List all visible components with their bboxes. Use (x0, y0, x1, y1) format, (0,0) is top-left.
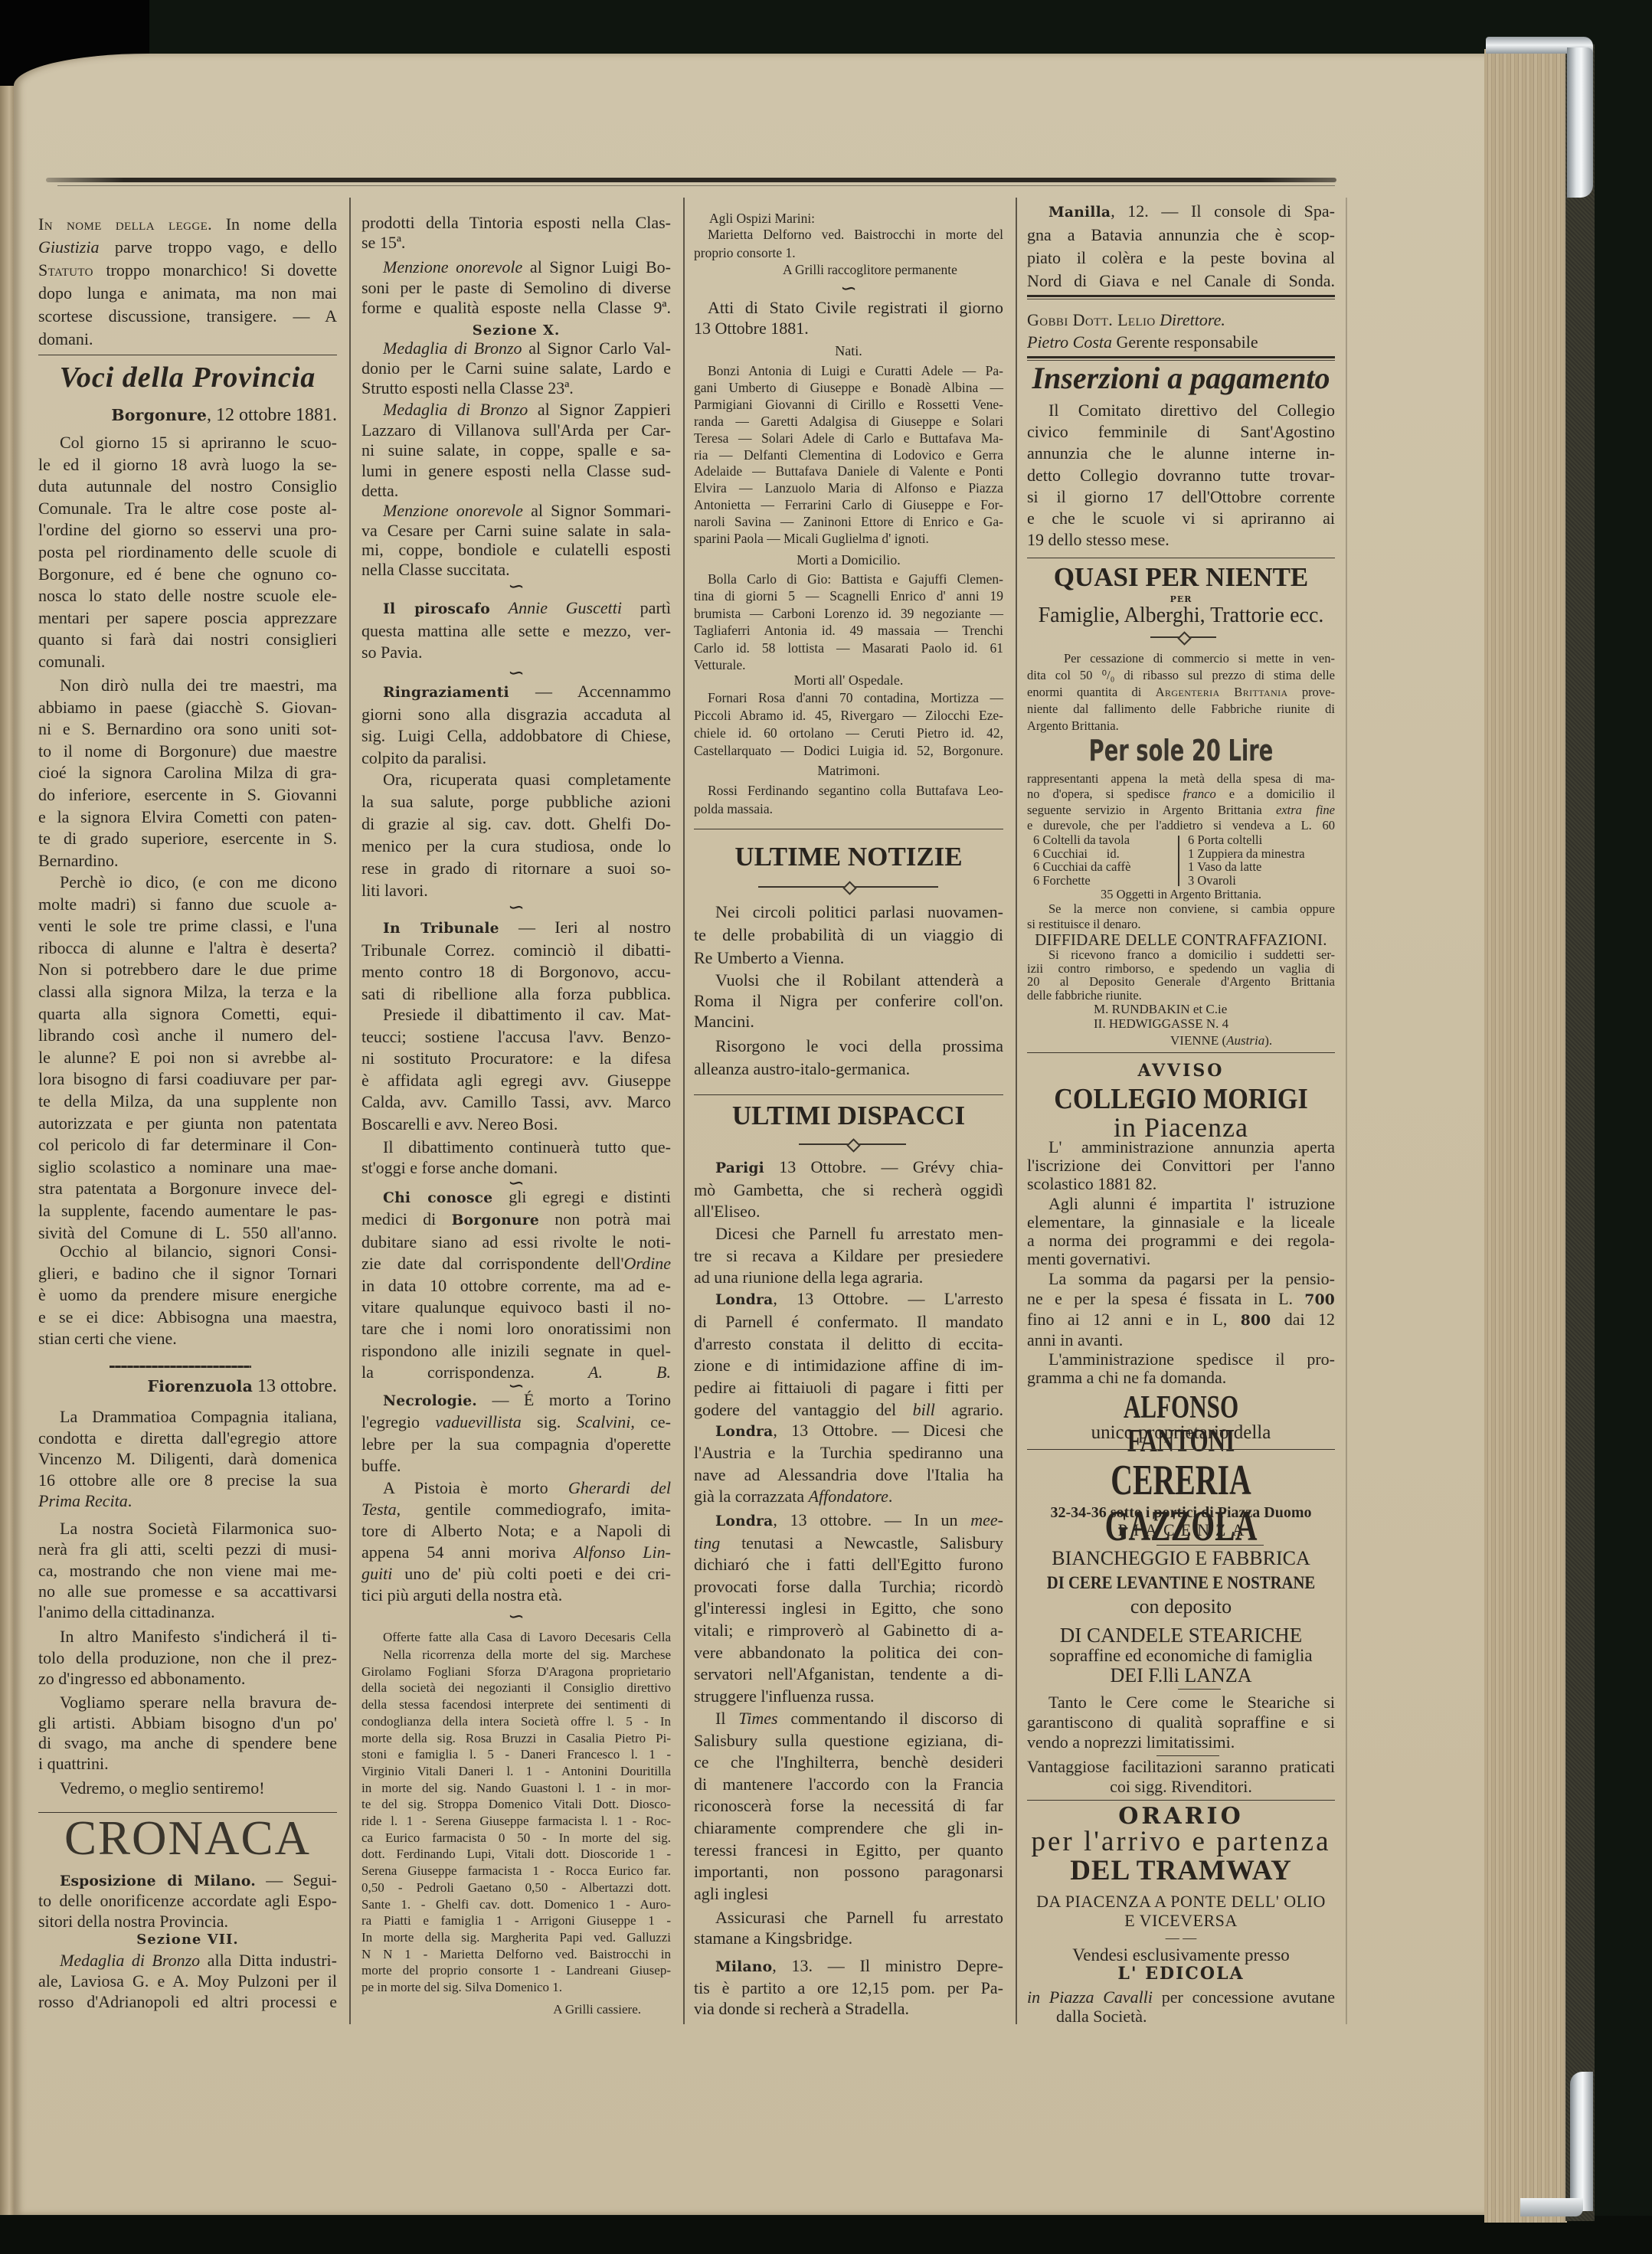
text-line: Presiede il dibattimento il cav. Mat- (361, 1004, 671, 1026)
text-line: Teresa — Solari Adele di Carlo e Buttafa… (694, 430, 1003, 447)
text-line: L' amministrazione annunzia aperta (1027, 1138, 1335, 1156)
text-line: Castellarquato — Dodici Luigia id. 52, B… (694, 742, 1003, 760)
article-chi-conosce: Chi conosce gli egregi e distintimedici … (361, 1186, 671, 1384)
text-line: gani Umberto di Giuseppe e Bonadè Albina… (694, 380, 1003, 397)
text-line: si il giorno 17 dell'Ottobre corrente (1027, 486, 1335, 508)
list-matrimoni: Rossi Ferdinando segantino colla Buttafa… (694, 781, 1003, 818)
text-line: Fornari Rosa d'anni 70 contadina, Mortiz… (694, 689, 1003, 707)
text-line: va Cesare per Carni suine salate in sala… (361, 521, 671, 541)
text-line: te di grado superiore, esercente in S. (38, 828, 337, 850)
text-line: Nella ricorrenza della morte del sig. Ma… (361, 1647, 671, 1664)
text-line: 6 Coltelli da tavola (1033, 833, 1179, 847)
text-line: polda massaia. (694, 800, 1003, 818)
text-line: Argento Brittania. (1027, 718, 1335, 734)
ad-tramway-vendor: L' EDICOLA (1027, 1964, 1335, 1984)
ad-cereria-resellers: Vantaggiose facilitazioni saranno pratic… (1027, 1757, 1335, 1777)
text-line: Non si potrebbero dare le due prime (38, 959, 337, 981)
text-line: N N 1 - Marietta Delforno ved. Baistrocc… (361, 1946, 671, 1963)
double-rule (1027, 295, 1335, 299)
text-line: guiti uno de' più colti poeti e dei cri- (361, 1563, 671, 1585)
text-line: Salisbury sulla questione egiziana, di- (694, 1730, 1003, 1752)
ad-tramway-separator: — — (1027, 1930, 1335, 1945)
text-line: Perchè io dico, (e con me dicono (38, 872, 337, 894)
text-line: forme e qualità esposte nella Classe 9ª. (361, 298, 671, 319)
text-line: Fiorenzuola 13 ottobre. (38, 1376, 337, 1397)
article-fiorenzuola-p1: La Drammatioa Compagnia italiana,condott… (38, 1406, 337, 1512)
dispatch-milano: Milano, 13. — Il ministro Depre-tis è pa… (694, 1955, 1003, 2019)
text-line: garantiscono di qualità sopraffine e si (1027, 1713, 1335, 1732)
article-borgonure-p2: Non dirò nulla dei tre maestri, maabbiam… (38, 675, 337, 872)
article-necrologie: Necrologie. — É morto a Torinol'egregio … (361, 1389, 671, 1477)
text-line: In morte della sig. Margherita Papi ved.… (361, 1929, 671, 1946)
text-line: 3 Ovaroli (1188, 874, 1335, 888)
ad-cereria-line-deposito: con deposito (1027, 1596, 1335, 1618)
section-rule (694, 1094, 1003, 1095)
text-line: struggere l'influenza russa. (694, 1686, 1003, 1708)
text-line: di grazie al sig. cav. dott. Ghelfi Do- (361, 813, 671, 835)
text-line: menico per la cura studiosa, onde lo (361, 835, 671, 857)
text-line: to il nome di Borgonure) due maestre (38, 741, 337, 763)
text-line: dopo lunga e animata, ma non mai (38, 282, 337, 305)
text-line: In Tribunale — Ieri al nostro (361, 917, 671, 940)
text-line: in data 10 ottobre corrente, ma ad e- (361, 1275, 671, 1297)
text-line: vitali; e rimproverò al Gabinetto di a- (694, 1620, 1003, 1642)
text-line: 6 Forchette (1033, 874, 1179, 888)
text-line: Parigi 13 Ottobre. — Grévy chia- (694, 1156, 1003, 1179)
text-line: Mancini. (694, 1011, 1003, 1032)
ad-tramway-line1: per l'arrivo e partenza (1027, 1828, 1335, 1856)
text-line: Col giorno 15 si apriranno le scuo- (38, 432, 337, 454)
text-line: Lazzaro di Villanova sull'Arda per Car- (361, 420, 671, 441)
text-line: Girolamo Fogliani Sforza D'Aragona propr… (361, 1664, 671, 1680)
text-line: Rossi Ferdinando segantino colla Buttafa… (694, 781, 1003, 800)
text-line: seguente servizio in Argento Brittania e… (1027, 803, 1335, 818)
text-line: della società dei negozianti il Consigli… (361, 1680, 671, 1696)
text-line: Esposizione di Milano. — Segui- (38, 1870, 337, 1891)
text-line: Manilla, 12. — Il console di Spa- (1027, 200, 1335, 224)
dispatch-assicurasi: Assicurasi che Parnell fu arrestatostama… (694, 1907, 1003, 1948)
text-line: d'arresto constata il delitto di eccita- (694, 1333, 1003, 1356)
item-list-left: 6 Coltelli da tavola6 Cucchiai id.6 Cucc… (1033, 833, 1179, 888)
text-line: già la corrazzata Affondatore. (694, 1486, 1003, 1507)
ad-separator-rule (1027, 1800, 1335, 1801)
text-line: siglio scolastico a nominare una mae- (38, 1156, 337, 1179)
text-line: stoni e famiglia l. 5 - Daneri Francesco… (361, 1746, 671, 1763)
article-ringraziamenti: Ringraziamenti — Accennammogiorni sono a… (361, 681, 671, 770)
item-list-divider (1178, 836, 1179, 886)
staff-manager: Pietro Costa Gerente responsabile (1027, 332, 1335, 353)
text-line: to delle onorificenze accordate agli Esp… (38, 1891, 337, 1911)
text-line: vendo a noprezzi limitatissimi. (1027, 1732, 1335, 1752)
text-line: riconoscerà forse la necessitá di far (694, 1795, 1003, 1817)
text-line: tre si recava a Kildare per presiedere (694, 1245, 1003, 1268)
text-line: 1 Zuppiera da minestra (1188, 847, 1335, 861)
text-line: provocati forse dalla Turchia; ricordò (694, 1576, 1003, 1598)
text-line: rappresentanti appena la metà della spes… (1027, 771, 1335, 787)
award-laviosa: Medaglia di Bronzo alla Ditta industri-a… (38, 1950, 337, 2012)
text-line: la sua salute, porge pubbliche azioni (361, 790, 671, 813)
text-line: La Drammatioa Compagnia italiana, (38, 1406, 337, 1428)
article-borgonure-p1: Col giorno 15 si apriranno le scuo-le ed… (38, 432, 337, 673)
text-line: Piccoli Abramo id. 45, Rivergaro — Ziloc… (694, 707, 1003, 725)
text-line: Londra, 13 Ottobre. — Dicesi che (694, 1420, 1003, 1442)
article-fiorenzuola-p3: In altro Manifesto s'indicherá il ti-tol… (38, 1626, 337, 1690)
metal-corner-clip-bottom-side (1570, 2072, 1593, 2211)
news-viaggio-vienna: Nei circoli politici parlasi nuovamen-te… (694, 901, 1003, 970)
ad-cereria-address: 32-34-36 sotto i portici di Piazza Duomo (1027, 1503, 1335, 1522)
heading-morti-domicilio: Morti a Domicilio. (694, 551, 1003, 568)
list-nati: Bonzi Antonia di Luigi e Curatti Adele —… (694, 363, 1003, 548)
text-line: ni suine salate, in coppe, spalle e sa- (361, 440, 671, 461)
dateline-borgonure: Borgonure, 12 ottobre 1881. (38, 404, 337, 427)
text-line: ria — Delfanti Clementina di Lodovico e … (694, 447, 1003, 464)
item-list-right: 6 Porta coltelli1 Zuppiera da minestra1 … (1188, 833, 1335, 888)
ad-tramway-vendor-note: in Piazza Cavalli per concessione avutan… (1027, 1987, 1335, 2007)
text-line: Dicesi che Parnell fu arrestato men- (694, 1223, 1003, 1245)
text-line: le ed il giorno 18 avrà luogo la se- (38, 454, 337, 476)
text-line: molte madri) si fanno due scuole a- (38, 894, 337, 916)
text-line: zo d'ingresso ed abbonamento. (38, 1668, 337, 1690)
text-line: ale, Laviosa G. e A. Moy Pulzoni per il (38, 1971, 337, 1991)
dispatch-parigi: Parigi 13 Ottobre. — Grévy chia-mò Gambe… (694, 1156, 1003, 1223)
text-line: le alunne? E poi non si avrebbe al- (38, 1047, 337, 1069)
text-line: medici di Borgonure non potrà mai (361, 1209, 671, 1231)
dispatch-londra-1: Londra, 13 Ottobre. — L'arrestodi Parnel… (694, 1288, 1003, 1421)
text-line: agli inglesi (694, 1883, 1003, 1906)
text-line: dichiaró che i fatti dell'Egitto furono (694, 1554, 1003, 1576)
text-line: zione e di intimidazione affine di im- (694, 1355, 1003, 1377)
text-line: morte della sig. Rosa Bruzzi in Casalia … (361, 1730, 671, 1747)
text-line: stamane a Kingsbridge. (694, 1928, 1003, 1948)
scanned-newspaper-page: In nome della legge. In nome dellaGiusti… (0, 0, 1652, 2254)
text-line: stian certi che viene. (38, 1328, 337, 1350)
text-line: zie date dal corrispondente dell'Ordine (361, 1253, 671, 1274)
text-line: dita col 50 ⁰/₀ di ribasso sul prezzo di… (1027, 667, 1335, 684)
dispatch-parnell: Dicesi che Parnell fu arrestato men-tre … (694, 1223, 1003, 1289)
text-line: si restituisce il denaro. (1027, 917, 1335, 932)
text-line: VIENNE (Austria). (1170, 1034, 1335, 1048)
text-line: tici più arguti della nostra età. (361, 1585, 671, 1606)
text-line: Gobbi Dott. Lelio Direttore. (1027, 309, 1335, 331)
section-rule (38, 355, 337, 355)
text-line: Londra, 13 ottobre. — In un mee- (694, 1510, 1003, 1533)
text-line: colpito da paralisi. (361, 748, 671, 770)
ospizi-signature: A Grilli raccoglitore permanente (694, 261, 1003, 278)
article-fiorenzuola-p5: Vedremo, o meglio sentiremo! (38, 1778, 337, 1799)
text-line: ribocca di alunne e l'altra è deserta? (38, 937, 337, 960)
text-line: te della Milza, da una supplente non (38, 1091, 337, 1113)
text-line: randa — Garetti Adalgisa di Giuseppe e S… (694, 414, 1003, 430)
text-line: della stessa facendosi interprete dei se… (361, 1696, 671, 1713)
text-line: Medaglia di Bronzo al Signor Zappieri (361, 400, 671, 420)
text-line: Londra, 13 Ottobre. — L'arresto (694, 1288, 1003, 1311)
ornament-flourish-icon: ∽ (361, 577, 671, 596)
text-line: domani. (38, 328, 337, 351)
text-line: Menzione onorevole al Signor Sommari- (361, 501, 671, 521)
text-line: Borgonure, ed é bene che ognuno co- (38, 564, 337, 586)
text-line: sitori della nostra Provincia. (38, 1912, 337, 1932)
ad-separator-rule (1027, 1052, 1335, 1053)
text-line: 6 Cucchiai id. (1033, 847, 1179, 861)
text-line: Non dirò nulla dei tre maestri, ma (38, 675, 337, 697)
text-line: In altro Manifesto s'indicherá il ti- (38, 1626, 337, 1647)
text-line: Roma il Nigra per conferire coll'on. (694, 990, 1003, 1011)
text-line: Vuolsi che il Robilant attenderà a (694, 970, 1003, 990)
ad-morigi-p4: L'amministrazione spedisce il pro-gramma… (1027, 1350, 1335, 1387)
ad-morigi-owner-role: unico proprietario della (1027, 1422, 1335, 1444)
text-line: 6 Cucchiai da caffè (1033, 860, 1179, 874)
text-line: Borgonure, 12 ottobre 1881. (38, 404, 337, 427)
text-line: nave ad Alessandria dove l'Italia ha (694, 1464, 1003, 1486)
book-binding-cloth (1565, 44, 1595, 2221)
text-line: prodotti della Tintoria esposti nella Cl… (361, 213, 671, 233)
text-line: e se ei dice: Abbisogna una maestra, (38, 1307, 337, 1329)
text-line: condoglianza della intera Società offre … (361, 1713, 671, 1730)
text-line: Carlo id. 58 lottista — Masarati Paolo i… (694, 640, 1003, 656)
text-line: no d'opera, si spedisce franco e a domic… (1027, 787, 1335, 802)
column-divider-1 (349, 198, 351, 2024)
notice-collegio-santagostino: Il Comitato direttivo del Collegiocivico… (1027, 400, 1335, 551)
text-line: ting tenutasi a Newcastle, Salisbury (694, 1533, 1003, 1555)
text-line: lumi in genere esposti nella Classe sud- (361, 461, 671, 482)
text-line: nosca lo stato delle nostre scuole ele- (38, 585, 337, 607)
article-borgonure-p4: Occhio al bilancio, signori Consi-glieri… (38, 1241, 337, 1350)
text-line: chiaramente comprendere che gli in- (694, 1817, 1003, 1840)
text-line: Il dibattimento continuerà tutto que- (361, 1137, 671, 1157)
ad-cereria-line-sopraffine: sopraffine ed economiche di famiglia (1027, 1646, 1335, 1666)
text-line: soni per le paste di Semolino di diverse (361, 278, 671, 299)
text-line: civico femminile di Sant'Agostino (1027, 421, 1335, 443)
text-line: no alle sue promesse e sa accattivarsi (38, 1581, 337, 1601)
article-borgonure-p3: Perchè io dico, (e con me diconomolte ma… (38, 872, 337, 1244)
text-line: cioé la signora Carolina Milza di gra- (38, 762, 337, 784)
ornament-flourish-icon: ∽ (361, 664, 671, 682)
section-title-voci-della-provincia: Voci della Provincia (38, 361, 337, 394)
text-line: fino ai 12 anni e in L, 800 dai 12 (1027, 1310, 1335, 1330)
ad-argenteria-audience: Famiglie, Alberghi, Trattorie ecc. (1027, 605, 1335, 626)
text-line: buffe. (361, 1455, 671, 1477)
text-line: col pericolo di far determinare il Con- (38, 1134, 337, 1156)
text-line: scolastico 1881 82. (1027, 1175, 1335, 1193)
ad-tramway-route: DA PIACENZA A PONTE DELL' OLIO (1027, 1893, 1335, 1911)
background-bottom (0, 2216, 1652, 2254)
text-line: quarta alla signora Cometti, equi- (38, 1003, 337, 1026)
section-rule (694, 829, 1003, 829)
staff-director: Gobbi Dott. Lelio Direttore. (1027, 309, 1335, 331)
award-valdonio: Medaglia di Bronzo al Signor Carlo Val-d… (361, 339, 671, 398)
text-line: so Pavia. (361, 642, 671, 664)
short-rule (1156, 1755, 1219, 1756)
text-line: duta autunnale del nostro Consiglio (38, 476, 337, 498)
ad-argenteria-total: 35 Oggetti in Argento Brittania. (1027, 888, 1335, 901)
text-line: quanto si farà dai nostri consiglieri (38, 629, 337, 651)
text-line: Occhio al bilancio, signori Consi- (38, 1241, 337, 1263)
text-line: menti governativi. (1027, 1250, 1335, 1268)
ad-argenteria-offer: rappresentanti appena la metà della spes… (1027, 771, 1335, 833)
offerte-title: Offerte fatte alla Casa di Lavoro Decesa… (361, 1629, 671, 1646)
ad-argenteria-price: Per sole 20 Lire (1070, 734, 1291, 767)
text-line: rese in grado di ritornare a suoi so- (361, 857, 671, 879)
text-line: 16 ottobre alle ore 8 precise la sua (38, 1470, 337, 1491)
article-piroscafo: Il piroscafo Annie Guscetti partìquesta … (361, 597, 671, 664)
text-line: ni sostituto Procuratore: e la difesa (361, 1048, 671, 1070)
ornamental-rule (758, 884, 938, 890)
text-line: Parmigiani Giovanni di Cirillo e Rossett… (694, 397, 1003, 414)
text-line: Elvira — Lanzuolo Maria di Alfonso e Pia… (694, 480, 1003, 497)
stato-civile-title: Atti di Stato Civile registrati il giorn… (694, 297, 1003, 339)
ad-cereria-line-cere: DI CERE LEVANTINE E NOSTRANE (1042, 1572, 1320, 1594)
text-line: Nord di Giava e nel Canale di Sonda. (1027, 270, 1335, 293)
text-line: ride l. 1 - Serena Giuseppe farmacista l… (361, 1813, 671, 1830)
text-line: i quattrini. (38, 1754, 337, 1775)
text-line: glieri, e badino che il signor Tornari (38, 1263, 337, 1285)
ad-tramway-headline: DEL TRAMWAY (1027, 1854, 1335, 1888)
subheading-sezione-vii: Sezione VII. (38, 1930, 337, 1950)
text-line: Strutto esposti nella Classe 23ª. (361, 378, 671, 398)
text-line: di svago, ma anche di spendere bene (38, 1733, 337, 1754)
news-alleanza: Risorgono le voci della prossimaalleanza… (694, 1035, 1003, 1081)
ad-argenteria-guarantee: Se la merce non conviene, si cambia oppu… (1027, 901, 1335, 932)
text-line: ce che l'Inghilterra, benchè desideri (694, 1752, 1003, 1774)
text-line: Testa, gentile commediografo, imita- (361, 1499, 671, 1520)
section-title-ultimi-dispacci: ULTIMI DISPACCI (694, 1099, 1003, 1133)
text-line: annunzia che le alunne interne in- (1027, 443, 1335, 464)
text-line: detto Collegio dovranno tutte trovar- (1027, 465, 1335, 486)
text-line: Assicurasi che Parnell fu arrestato (694, 1907, 1003, 1928)
article-ringraziamenti-p2: Ora, ricuperata quasi completamentela su… (361, 768, 671, 901)
text-line: Tanto le Cere come le Steariche si (1027, 1693, 1335, 1713)
award-sommariva: Menzione onorevole al Signor Sommari-va … (361, 501, 671, 580)
text-line: Se la merce non conviene, si cambia oppu… (1027, 901, 1335, 917)
ad-morigi-location: in Piacenza (1027, 1114, 1335, 1140)
text-line: Tribunale Correz. cominciò il dibatti- (361, 940, 671, 962)
text-line: izii contro rimborso, e spedendo un vagl… (1027, 962, 1335, 976)
text-line: detta. (361, 481, 671, 502)
text-line: è uomo da prendere misure energiche (38, 1284, 337, 1307)
text-line: la supplente, facendo aumentare le pas- (38, 1200, 337, 1222)
text-line: Virginio Vitali Daneri l. 1 - Antonini D… (361, 1763, 671, 1780)
text-line: Menzione onorevole al Signor Luigi Bo- (361, 257, 671, 278)
text-line: e che le scuole vi si apriranno ai (1027, 508, 1335, 529)
text-line: morte del proprio consorte 1 - Landreani… (361, 1962, 671, 1979)
metal-corner-clip-top-side (1567, 47, 1593, 198)
ad-tramway-sold-at: Vendesi esclusivamente presso (1027, 1946, 1335, 1964)
text-line: In nome della legge. In nome della (38, 213, 337, 236)
text-line: se 15ª. (361, 233, 671, 253)
text-line: ra Piatti e famiglia 1 - Arrigoni Giusep… (361, 1912, 671, 1929)
text-line: 1 Vaso da latte (1188, 860, 1335, 874)
text-line: Serena Giuseppe farmacista 1 - Rocca Eur… (361, 1863, 671, 1879)
text-line: Prima Recita. (38, 1490, 337, 1512)
text-line: tare che i nomi loro onoratissimi non (361, 1318, 671, 1340)
text-line: Statuto troppo monarchico! Si dovette (38, 259, 337, 282)
article-tribunale: In Tribunale — Ieri al nostroTribunale C… (361, 917, 671, 1006)
text-line: posta pel riordinamento delle scuole di (38, 541, 337, 564)
text-line: Bonzi Antonia di Luigi e Curatti Adele —… (694, 363, 1003, 380)
heading-morti-ospedale: Morti all' Ospedale. (694, 672, 1003, 689)
text-line: dubitare siano ad essi rivolte le noti- (361, 1232, 671, 1253)
column-divider-4 (1346, 198, 1347, 2024)
text-line: sati di ribellione alla forza pubblica. (361, 983, 671, 1006)
dispatch-londra-3: Londra, 13 ottobre. — In un mee-ting ten… (694, 1510, 1003, 1707)
text-line: vere abbandonato la politica dei con- (694, 1642, 1003, 1664)
ad-tramway-route-2: E VICEVERSA (1027, 1912, 1335, 1930)
ad-argenteria-intro: Per cessazione di commercio si mette in … (1027, 650, 1335, 734)
ad-morigi-headline: COLLEGIO MORIGI (1042, 1082, 1320, 1116)
short-rule (1178, 1689, 1221, 1690)
award-bosoni: Menzione onorevole al Signor Luigi Bo-so… (361, 257, 671, 319)
article-fiorenzuola-p2: La nostra Società Filarmonica suo-nerà f… (38, 1518, 337, 1622)
text-line: 13 Ottobre 1881. (694, 318, 1003, 339)
list-morti-ospedale: Fornari Rosa d'anni 70 contadina, Mortiz… (694, 689, 1003, 760)
text-line: Il Times commentando il discorso di (694, 1708, 1003, 1730)
text-line: teressi francesi in Egitto, per quanto (694, 1840, 1003, 1862)
text-line: librando così anche il numero del- (38, 1025, 337, 1047)
text-line: A Pistoia è morto Gherardi del (361, 1477, 671, 1499)
text-line: abbiamo in paese (giacchè S. Giovan- (38, 697, 337, 719)
text-line: Vedremo, o meglio sentiremo! (38, 1778, 337, 1799)
text-line: 0,50 - Pedroli Gaetano 0,50 - Albertazzi… (361, 1879, 671, 1896)
text-line: Calda, avv. Camillo Tassi, avv. Marco (361, 1091, 671, 1114)
news-robilant: Vuolsi che il Robilant attenderà aRoma i… (694, 970, 1003, 1032)
ad-argenteria-address: II. HEDWIGGASSE N. 4 (1027, 1017, 1335, 1031)
ad-cereria-city: PIACENZA (1027, 1522, 1335, 1539)
ad-morigi-p2: Agli alunni é impartita l' istruzioneele… (1027, 1195, 1335, 1268)
text-line: lebre per la sua compagnia d'operette (361, 1434, 671, 1455)
text-line: anni in avanti. (1027, 1330, 1335, 1350)
text-line: brumista — Carboni Lorenzo id. 39 negozi… (694, 605, 1003, 622)
text-line: dott. Ferdinando Lupi, Vitali dott. Dios… (361, 1846, 671, 1863)
text-line: autorizzata e per giunta non patentata (38, 1113, 337, 1135)
text-line: delle fabbriche riunite. (1027, 989, 1335, 1003)
text-line: e durevole, che per l'addietro si vendev… (1027, 818, 1335, 833)
text-line: ca Eurico farmacista 0 50 - In morte del… (361, 1830, 671, 1847)
text-line: Necrologie. — É morto a Torino (361, 1389, 671, 1412)
dateline-fiorenzuola: Fiorenzuola 13 ottobre. (38, 1376, 337, 1397)
text-line: importanti, non possono paragonarsi (694, 1861, 1003, 1883)
text-line: Bolla Carlo di Gio: Battista e Gajuffi C… (694, 571, 1003, 587)
text-line: pedire ai fittaiuoli di pagare i fitti p… (694, 1377, 1003, 1399)
article-esposizione-milano: Esposizione di Milano. — Segui-to delle … (38, 1870, 337, 1932)
header-thin-rule (57, 185, 1335, 186)
text-line: in Piazza Cavalli per concessione avutan… (1027, 1987, 1335, 2007)
ornament-flourish-icon: ∽ (361, 898, 671, 917)
text-line: piato il colèra e la peste bovina al (1027, 247, 1335, 270)
text-line: Agli alunni é impartita l' istruzione (1027, 1195, 1335, 1213)
text-line: teucci; sostiene l'accusa l'avv. Benzo- (361, 1026, 671, 1048)
text-line: e la signora Elvira Cometti con paten- (38, 806, 337, 829)
text-line: scortese discussione, transigere. — A (38, 305, 337, 328)
ad-argenteria-ordering: Si ricevono franco a domicilio i suddett… (1027, 948, 1335, 1003)
award-tintoria-continued: prodotti della Tintoria esposti nella Cl… (361, 213, 671, 253)
text-line: rispondono alle inizili segnate in quel- (361, 1340, 671, 1362)
page-stack-fore-edge (1484, 49, 1567, 2223)
text-line: via donde si recherà a Stradella. (694, 1998, 1003, 2019)
text-line: Medaglia di Bronzo al Signor Carlo Val- (361, 339, 671, 358)
heading-nati: Nati. (694, 342, 1003, 359)
metal-corner-clip-bottom (1520, 2198, 1583, 2216)
article-fiorenzuola-p4: Vogliamo sperare nella bravura de-gli ar… (38, 1693, 337, 1775)
text-line: Re Umberto a Vienna. (694, 947, 1003, 970)
ad-argenteria-headline: QUASI PER NIENTE (1027, 563, 1335, 592)
text-line: servatori nell'Afganistan, tendente a di… (694, 1664, 1003, 1686)
heading-matrimoni: Matrimoni. (694, 762, 1003, 779)
text-line: tis è partito a ore 12,15 pom. per Pa- (694, 1978, 1003, 1998)
text-line: tolo della produzione, non che il prez- (38, 1647, 337, 1669)
text-line: donio per le Carni suine salate, Lardo e (361, 358, 671, 378)
ornament-flourish-icon: ∽ (694, 280, 1003, 298)
offerte-donation-list: Nella ricorrenza della morte del sig. Ma… (361, 1647, 671, 1996)
